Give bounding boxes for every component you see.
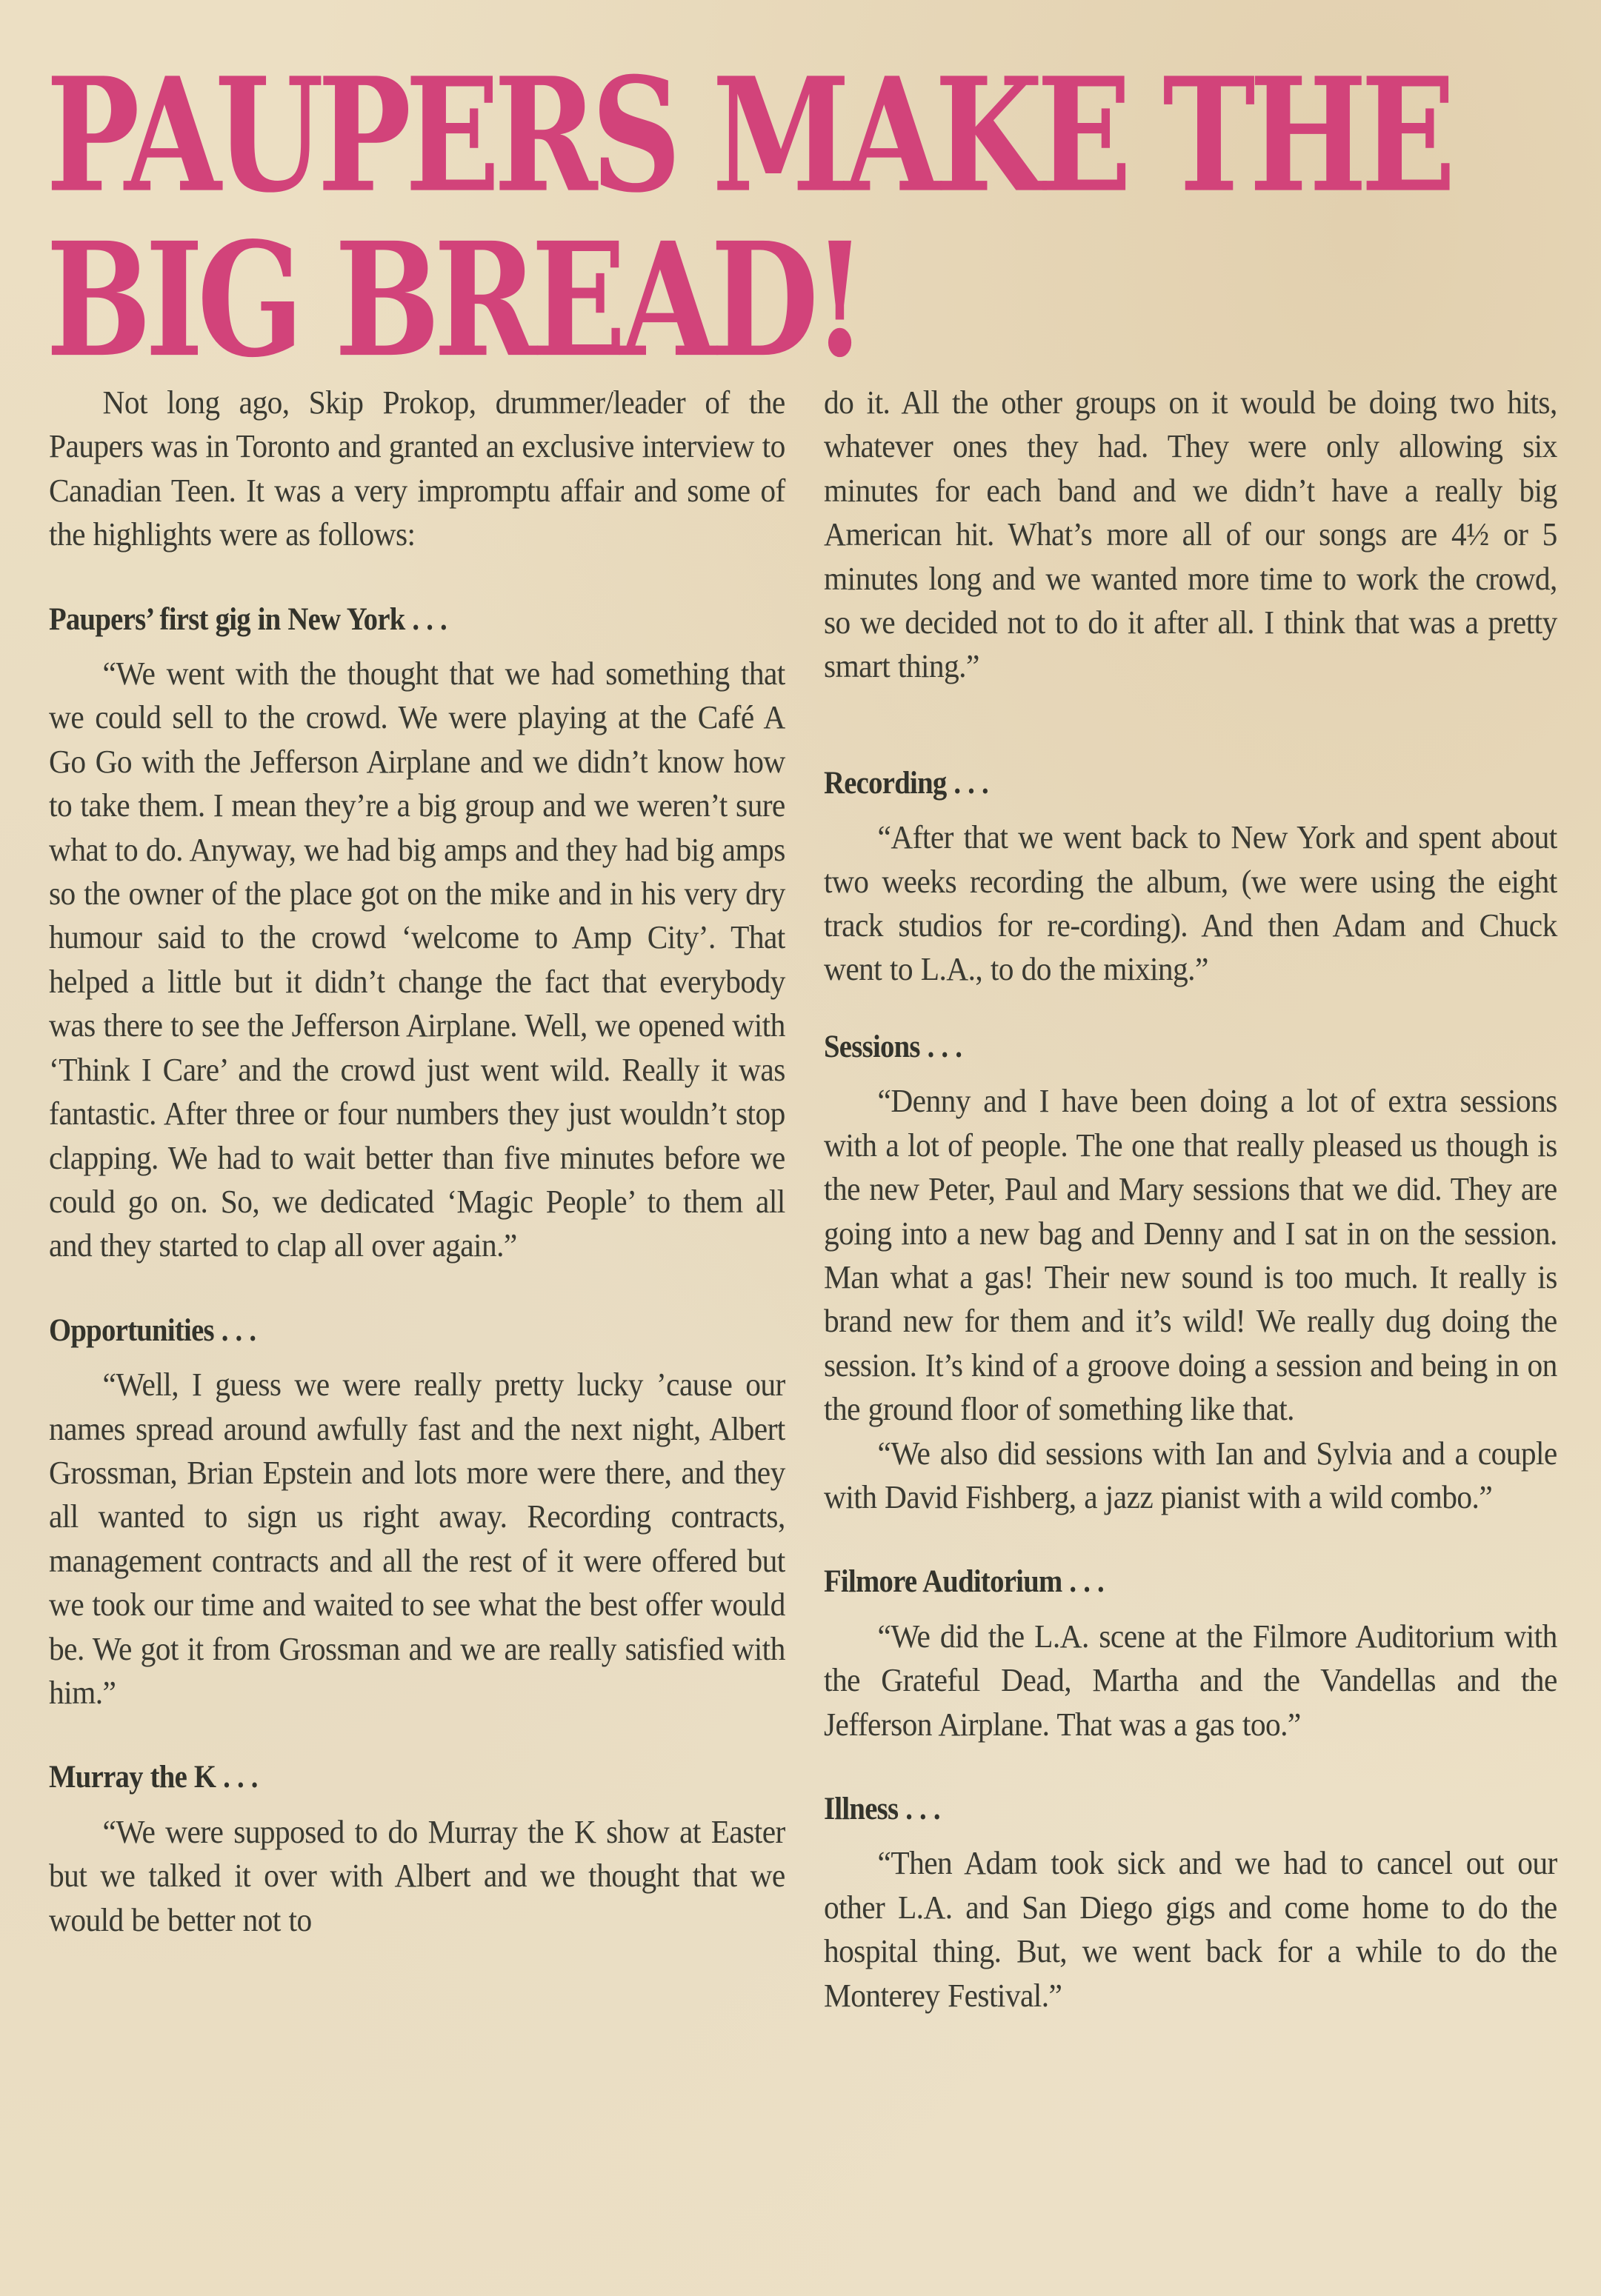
- section-paragraph-sessions-1: “Denny and I have been doing a lot of ex…: [824, 1079, 1557, 1431]
- section-heading-murray-the-k: Murray the K . . .: [49, 1755, 712, 1799]
- section-paragraph-opportunities: “Well, I guess we were really pretty luc…: [49, 1363, 785, 1715]
- magazine-page: PAUPERS MAKE THE BIG BREAD! Not long ago…: [0, 0, 1601, 2296]
- intro-paragraph: Not long ago, Skip Prokop, drummer/leade…: [49, 381, 785, 557]
- section-paragraph-sessions-2: “We also did sessions with Ian and Sylvi…: [824, 1432, 1557, 1520]
- right-column: do it. All the other groups on it would …: [824, 381, 1557, 2018]
- section-paragraph-murray-the-k-part1: “We were supposed to do Murray the K sho…: [49, 1810, 785, 1942]
- section-paragraph-recording: “After that we went back to New York and…: [824, 815, 1557, 992]
- section-heading-filmore: Filmore Auditorium . . .: [824, 1560, 1484, 1603]
- section-paragraph-filmore: “We did the L.A. scene at the Filmore Au…: [824, 1615, 1557, 1746]
- section-paragraph-murray-the-k-part2: do it. All the other groups on it would …: [824, 381, 1557, 689]
- section-paragraph-illness: “Then Adam took sick and we had to cance…: [824, 1841, 1557, 2018]
- section-heading-sessions: Sessions . . .: [824, 1025, 1484, 1069]
- headline-line-1: PAUPERS MAKE THE: [46, 53, 1450, 218]
- article-headline: PAUPERS MAKE THE BIG BREAD!: [46, 53, 1450, 383]
- section-heading-recording: Recording . . .: [824, 761, 1484, 805]
- section-heading-opportunities: Opportunities . . .: [49, 1309, 712, 1352]
- section-heading-illness: Illness . . .: [824, 1787, 1484, 1831]
- headline-line-2: BIG BREAD!: [46, 218, 1450, 382]
- section-heading-first-gig: Paupers’ first gig in New York . . .: [49, 598, 712, 641]
- left-column: Not long ago, Skip Prokop, drummer/leade…: [49, 381, 785, 1942]
- section-paragraph-first-gig: “We went with the thought that we had so…: [49, 652, 785, 1268]
